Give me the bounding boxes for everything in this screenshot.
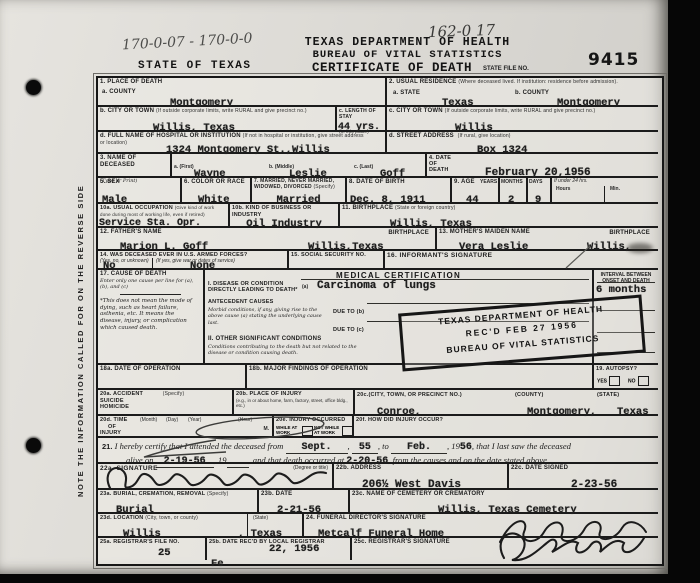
s22c-value: 2-23-56 bbox=[571, 480, 617, 491]
cause-of-death-notes: 17. CAUSE OF DEATH Enter only one cause … bbox=[98, 268, 205, 363]
s9-years-value: 44 bbox=[466, 195, 479, 206]
s24-value: Metcalf Funeral Home bbox=[318, 529, 444, 540]
field-physician-address: 22b. ADDRESS 206½ West Davis bbox=[334, 462, 509, 488]
s14-value-no: No bbox=[103, 261, 116, 272]
header-cert-title: CERTIFICATE OF DEATH bbox=[312, 61, 472, 75]
s2-street-value: Box 1324 bbox=[477, 145, 527, 156]
s25a-label: 25a. REGISTRAR'S FILE NO. bbox=[100, 539, 203, 546]
field-residence-city: c. CITY OR TOWN (If outside corporate li… bbox=[387, 105, 658, 130]
header-state: STATE OF TEXAS bbox=[138, 60, 251, 72]
s23d-state-note: (State) bbox=[253, 516, 268, 522]
s17-antecedent: ANTECEDENT CAUSES bbox=[208, 299, 273, 306]
s10a-label: 10a. USUAL OCCUPATION (Give kind of work… bbox=[100, 205, 226, 218]
s17-morbid-note: Morbid conditions, if any, giving rise t… bbox=[208, 307, 326, 326]
s25c-label: 25c. REGISTRAR'S SIGNATURE bbox=[354, 539, 656, 546]
s9-hours-label: Hours bbox=[556, 187, 570, 193]
s17-disease-label2: DIRECTLY LEADING TO DEATH* bbox=[208, 287, 298, 294]
s20c-county-value: Montgomery, bbox=[527, 407, 596, 418]
s19-label: 19. AUTOPSY? bbox=[596, 366, 656, 373]
s17-a-prefix: (a) bbox=[302, 285, 308, 291]
punch-hole-bottom bbox=[26, 438, 41, 453]
s6-label: 6. COLOR OR RACE bbox=[184, 179, 248, 186]
s22a-note: (Degree or title) bbox=[293, 466, 328, 472]
s5-value: Male bbox=[102, 195, 127, 206]
s13-bp-label: BIRTHPLACE bbox=[609, 230, 650, 237]
certificate-form: 1. PLACE OF DEATH a. COUNTY Montgomery 2… bbox=[96, 76, 664, 566]
autopsy-no-checkbox bbox=[638, 376, 649, 386]
s9-months-value: 2 bbox=[508, 195, 514, 206]
header-bureau: BUREAU OF VITAL STATISTICS bbox=[295, 49, 520, 61]
field-middle-name: b. (Middle) Leslie bbox=[267, 152, 352, 176]
s7-value: Married bbox=[252, 195, 345, 206]
field-length-of-stay: c. LENGTH OF STAY (in this place) 44 yrs… bbox=[337, 105, 387, 130]
s8-label: 8. DATE OF BIRTH bbox=[349, 179, 448, 186]
scanned-death-certificate: NOTE THE INFORMATION CALLED FOR ON THE R… bbox=[0, 0, 700, 583]
s20d-day: (Day) bbox=[166, 418, 178, 424]
s17-a-value: Carcinoma of lungs bbox=[317, 281, 436, 292]
s20e-label: 20e. INJURY OCCURRED bbox=[276, 417, 345, 424]
s1-hospital-value: 1324 Montgomery St.,Willis bbox=[166, 145, 330, 156]
s12-label: 12. FATHER'S NAME bbox=[100, 229, 433, 236]
s1-stay-label: c. LENGTH OF STAY bbox=[339, 108, 383, 120]
s20c-county-label: (COUNTY) bbox=[515, 392, 544, 399]
s15-label: 15. SOCIAL SECURITY NO. bbox=[291, 252, 381, 259]
field-industry: 10b. KIND OF BUSINESS OR INDUSTRY Oil In… bbox=[230, 202, 340, 226]
s3-label: 3. NAME OF DECEASED bbox=[100, 155, 168, 169]
s22b-value: 206½ West Davis bbox=[362, 480, 461, 491]
field-color-race: 6. COLOR OR RACE White bbox=[182, 176, 252, 202]
s23c-value: Willis, Texas Cemetery bbox=[438, 505, 577, 516]
s13-bp-value: Willis, bbox=[587, 242, 631, 253]
s20e-while: WHILE ATWORK bbox=[276, 425, 297, 436]
divider bbox=[120, 294, 181, 295]
s20c-state-label: (STATE) bbox=[597, 392, 619, 399]
s10a-value: Service Sta. Opr. bbox=[99, 219, 201, 229]
field-name-label: 3. NAME OF DECEASED (Type or Print) bbox=[98, 152, 172, 176]
s9-days-label: DAYS bbox=[529, 180, 542, 186]
s10b-value: Oil Industry bbox=[230, 219, 338, 230]
field-city-of-death: b. CITY OR TOWN (If outside corporate li… bbox=[98, 105, 337, 130]
header-dept: TEXAS DEPARTMENT OF HEALTH bbox=[295, 36, 520, 49]
s17-other-note: Conditions contributing to the death but… bbox=[208, 344, 358, 357]
field-marital-status: 7. MARRIED, NEVER MARRIED,WIDOWED, DIVOR… bbox=[252, 176, 347, 202]
s12-bp-label: BIRTHPLACE bbox=[388, 230, 429, 237]
s18a-label: 18a. DATE OF OPERATION bbox=[100, 366, 243, 373]
s9-days-value: 9 bbox=[535, 195, 541, 206]
divider bbox=[550, 178, 552, 204]
s20d-hour: (Hour) bbox=[238, 418, 252, 424]
s10b-label: 10b. KIND OF BUSINESS OR INDUSTRY bbox=[232, 205, 336, 218]
s8-value: Dec. 8, 1911 bbox=[350, 195, 426, 206]
autopsy-yes-checkbox bbox=[609, 376, 620, 386]
field-first-name: a. (First) Wayne bbox=[172, 152, 267, 176]
field-place-of-death-county: 1. PLACE OF DEATH a. COUNTY Montgomery bbox=[98, 78, 387, 105]
s23d-label: 23d. LOCATION (City, town, or county) bbox=[100, 515, 300, 522]
s12-value: Marion L. Goff bbox=[120, 242, 208, 253]
s7-label: 7. MARRIED, NEVER MARRIED,WIDOWED, DIVOR… bbox=[254, 179, 343, 191]
field-burial-date: 23b. DATE 2-21-56 bbox=[259, 488, 350, 512]
s9-min-label: Min. bbox=[610, 187, 620, 193]
field-accident-suicide-homicide: 20a. ACCIDENT (Specify)SUICIDEHOMICIDE bbox=[98, 388, 234, 414]
writing-line bbox=[597, 282, 655, 283]
field-sex: 5. SEX Male bbox=[98, 176, 182, 202]
reverse-side-note: NOTE THE INFORMATION CALLED FOR ON THE R… bbox=[76, 105, 85, 497]
field-injury-occurred: 20e. INJURY OCCURRED WHILE ATWORK NOT WH… bbox=[274, 414, 354, 436]
s19-yes: YES bbox=[597, 376, 620, 386]
divider bbox=[498, 178, 500, 204]
s12-bp-value: Willis,Texas bbox=[308, 242, 384, 253]
s3-middle-value: Leslie bbox=[289, 169, 327, 180]
s5-label: 5. SEX bbox=[100, 179, 178, 186]
field-birthplace: 11. BIRTHPLACE (State or foreign country… bbox=[340, 202, 658, 226]
s20d-meridiem: M. bbox=[263, 427, 269, 433]
s17-due-c: DUE TO (c) bbox=[333, 327, 364, 334]
s20d-month: (Month) bbox=[140, 418, 157, 424]
s22c-label: 22c. DATE SIGNED bbox=[511, 465, 656, 472]
s22b-label: 22b. ADDRESS bbox=[336, 465, 505, 472]
field-date-recd: 25b. DATE REC'D BY LOCAL REGISTRAR 22, 1… bbox=[207, 536, 352, 560]
s23a-value: Burial bbox=[116, 505, 154, 516]
state-file-number: 9415 bbox=[588, 50, 639, 70]
divider bbox=[526, 178, 528, 204]
field-date-of-birth: 8. DATE OF BIRTH Dec. 8, 1911 bbox=[347, 176, 452, 202]
s20c-label: 20c.(CITY, TOWN, OR PRECINCT NO.) bbox=[357, 392, 462, 399]
s23c-label: 23c. NAME OF CEMETERY OR CREMATORY bbox=[352, 491, 656, 498]
s25b-value: 22, 1956 bbox=[269, 544, 319, 555]
s2-street-label: d. STREET ADDRESS (If rural, give locati… bbox=[389, 133, 656, 140]
s2-city-value: Willis bbox=[455, 123, 493, 134]
s17-due-b: DUE TO (b) bbox=[333, 309, 364, 316]
s20e-not-while: NOT WHILEAT WORK bbox=[314, 425, 339, 436]
field-physician-signature: 22a. SIGNATURE (Degree or title) bbox=[98, 462, 334, 488]
field-last-name: c. (Last) Goff bbox=[352, 152, 427, 176]
field-cemetery: 23c. NAME OF CEMETERY OR CREMATORY Willi… bbox=[350, 488, 658, 512]
field-usual-residence: 2. USUAL RESIDENCE (Where deceased lived… bbox=[387, 78, 658, 105]
s19-no: NO bbox=[628, 376, 649, 386]
field-autopsy: 19. AUTOPSY? YES NO bbox=[594, 363, 658, 388]
s17-footnote: *This does not mean the mode of dying, s… bbox=[100, 298, 196, 332]
s17-instr: Enter only one cause per line for (a), (… bbox=[100, 278, 196, 291]
s3-first-value: Wayne bbox=[194, 169, 226, 180]
s4-value: February 20,1956 bbox=[485, 168, 591, 179]
ink-smudge bbox=[627, 243, 653, 253]
s9-under24-label: If under 24 hrs. bbox=[554, 179, 588, 185]
field-burial-location: 23d. LOCATION (City, town, or county) (S… bbox=[98, 512, 304, 536]
state-file-no-label: STATE FILE NO. bbox=[483, 66, 529, 72]
s6-value: White bbox=[198, 195, 230, 206]
s13-value: Vera Leslie bbox=[459, 242, 528, 253]
field-injury-location: 20c.(CITY, TOWN, OR PRECINCT NO.) (COUNT… bbox=[355, 388, 658, 414]
s11-label: 11. BIRTHPLACE (State or foreign country… bbox=[342, 205, 656, 212]
s2-county-label: b. COUNTY bbox=[515, 90, 549, 97]
while-at-work-checkbox bbox=[302, 426, 313, 436]
s3-last-value: Goff bbox=[380, 169, 405, 180]
s2-county-value: Montgomery bbox=[557, 98, 620, 109]
s23a-label: 23a. BURIAL, CREMATION, REMOVAL (Specify… bbox=[100, 491, 255, 498]
field-registrar-file-no: 25a. REGISTRAR'S FILE NO. 25 bbox=[98, 536, 207, 560]
s9-months-label: MONTHS bbox=[501, 180, 523, 186]
s25b-overflow: Fe bbox=[211, 559, 224, 570]
s23d-city-value: Willis bbox=[123, 529, 161, 540]
s11-value: Willis, Texas bbox=[390, 219, 472, 230]
s20c-state-value: Texas bbox=[617, 407, 649, 418]
s20b-label: 20b. PLACE OF INJURY bbox=[236, 391, 351, 398]
s24-label: 24. FUNERAL DIRECTOR'S SIGNATURE bbox=[306, 515, 656, 522]
s2-state-value: Texas bbox=[442, 98, 474, 109]
field-date-signed: 22c. DATE SIGNED 2-23-56 bbox=[509, 462, 658, 488]
s1-city-value: Willis, Texas bbox=[153, 123, 235, 134]
s20d-year: (Year) bbox=[188, 418, 201, 424]
certification-statement: 21. I hereby certify that I attended the… bbox=[98, 436, 658, 462]
s1-title: 1. PLACE OF DEATH bbox=[100, 79, 383, 86]
field-age: 9. AGE YEARS 44 MONTHS 2 DAYS 9 If under… bbox=[452, 176, 658, 202]
s17-other-conditions: II. OTHER SIGNIFICANT CONDITIONS bbox=[208, 336, 321, 343]
field-occupation: 10a. USUAL OCCUPATION (Give kind of work… bbox=[98, 202, 230, 226]
field-place-of-injury: 20b. PLACE OF INJURY (e.g., in or about … bbox=[234, 388, 355, 414]
s25a-value: 25 bbox=[158, 548, 171, 559]
s2-title: 2. USUAL RESIDENCE (Where deceased lived… bbox=[389, 79, 656, 86]
s20f-label: 20f. HOW DID INJURY OCCUR? bbox=[356, 417, 656, 424]
s9-years-label: YEARS bbox=[480, 180, 497, 186]
s20c-city-value: Conroe, bbox=[377, 407, 421, 418]
s1-county-value: Montgomery bbox=[170, 98, 233, 109]
s1-city-label: b. CITY OR TOWN (If outside corporate li… bbox=[100, 108, 333, 115]
s2-city-label: c. CITY OR TOWN (If outside corporate li… bbox=[389, 108, 656, 115]
field-time-of-injury: 20d. TIMEOFINJURY (Month) (Day) (Year) (… bbox=[98, 414, 274, 436]
s14-value-none: None bbox=[190, 261, 215, 272]
s3-last-label: c. (Last) bbox=[354, 164, 373, 170]
not-while-at-work-checkbox bbox=[342, 426, 353, 436]
field-hospital-name: d. FULL NAME OF HOSPITAL OR INSTITUTION … bbox=[98, 130, 387, 152]
s1-stay-value: 44 yrs. bbox=[338, 123, 380, 133]
s9-label: 9. AGE bbox=[454, 179, 475, 186]
s23b-label: 23b. DATE bbox=[261, 491, 346, 498]
field-street-address: d. STREET ADDRESS (If rural, give locati… bbox=[387, 130, 658, 152]
s16-label: 16. INFORMANT'S SIGNATURE bbox=[387, 252, 656, 260]
field-funeral-director: 24. FUNERAL DIRECTOR'S SIGNATURE Metcalf… bbox=[304, 512, 658, 536]
s20b-note: (e.g., in or about home, farm, factory, … bbox=[236, 398, 351, 408]
field-registrar-signature: 25c. REGISTRAR'S SIGNATURE bbox=[352, 536, 658, 560]
punch-hole-top bbox=[26, 80, 41, 95]
field-burial: 23a. BURIAL, CREMATION, REMOVAL (Specify… bbox=[98, 488, 259, 512]
field-date-of-operation: 18a. DATE OF OPERATION bbox=[98, 363, 247, 388]
s1-county-label: a. COUNTY bbox=[102, 89, 136, 96]
s23d-state-value: , Texas bbox=[238, 529, 282, 540]
s23b-value: 2-21-56 bbox=[277, 505, 321, 516]
s2-state-label: a. STATE bbox=[393, 90, 420, 97]
s3-first-label: a. (First) bbox=[174, 164, 194, 170]
field-date-of-death: 4. DATEOFDEATH February 20,1956 bbox=[427, 152, 658, 176]
s20a-label: 20a. ACCIDENT (Specify)SUICIDEHOMICIDE bbox=[100, 391, 230, 411]
